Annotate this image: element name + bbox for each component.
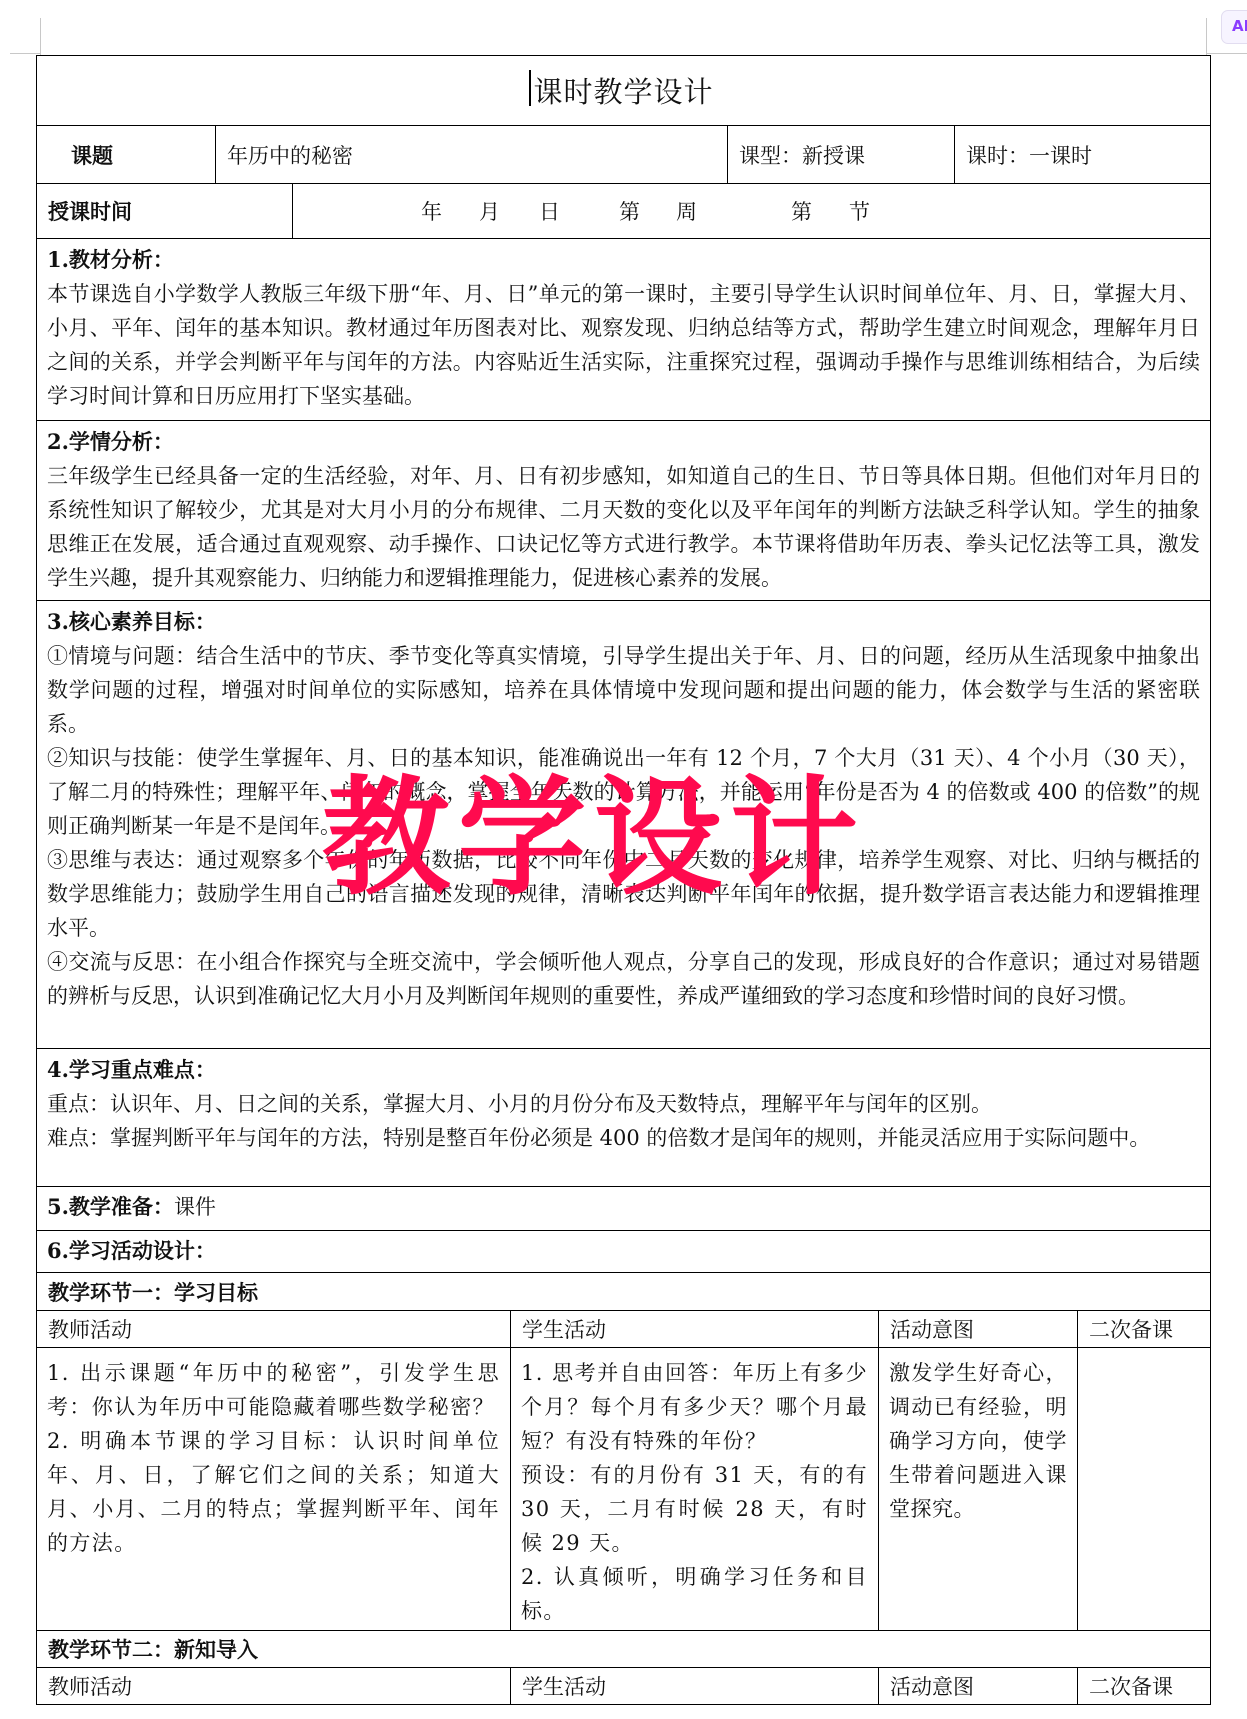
col-second-prep: 二次备课 [1078, 1668, 1210, 1704]
page-margin-guide-top-left [10, 53, 40, 54]
stage-1-student-activity[interactable]: 1. 思考并自由回答：年历上有多少个月？每个月有多少天？哪个月最短？有没有特殊的… [511, 1348, 879, 1630]
page-margin-guide-left [40, 18, 41, 55]
time-field-day: 日 [539, 196, 619, 226]
section-5-cell[interactable]: 5.教学准备：课件 [37, 1187, 1210, 1230]
time-field-month: 月 [479, 196, 539, 226]
col-activity-intent: 活动意图 [879, 1668, 1078, 1704]
stage-2-column-headers: 教师活动 学生活动 活动意图 二次备课 [37, 1668, 1210, 1704]
teacher-step-2: 2. 明确本节课的学习目标：认识时间单位年、月、日，了解它们之间的关系；知道大月… [47, 1424, 500, 1560]
section-3-heading: 3.核心素养目标： [47, 605, 1200, 639]
topic-value[interactable]: 年历中的秘密 [216, 126, 728, 183]
student-expectation: 预设：有的月份有 31 天，有的有 30 天，二月有时候 28 天，有时候 29… [521, 1458, 868, 1560]
ai-assistant-button[interactable]: AI [1221, 10, 1247, 44]
section-1-cell[interactable]: 1.教材分析： 本节课选自小学数学人教版三年级下册“年、月、日”单元的第一课时，… [37, 239, 1210, 420]
lesson-hours[interactable]: 课时：一课时 [955, 126, 1210, 183]
stage-1-title: 教学环节一：学习目标 [37, 1273, 1210, 1310]
section-key-difficult-points: 4.学习重点难点： 重点：认识年、月、日之间的关系，掌握大月、小月的月份分布及天… [37, 1049, 1210, 1187]
student-step-2: 2. 认真倾听，明确学习任务和目标。 [521, 1560, 868, 1628]
time-field-period-prefix: 第 [791, 196, 849, 226]
preparation-value: 课件 [174, 1195, 216, 1219]
student-step-1: 1. 思考并自由回答：年历上有多少个月？每个月有多少天？哪个月最短？有没有特殊的… [521, 1356, 868, 1458]
section-2-cell[interactable]: 2.学情分析： 三年级学生已经具备一定的生活经验，对年、月、日有初步感知，如知道… [37, 421, 1210, 600]
stage-1-content-row: 1. 出示课题“年历中的秘密”，引发学生思考：你认为年历中可能隐藏着哪些数学秘密… [37, 1348, 1210, 1631]
topic-row: 课题 年历中的秘密 课型：新授课 课时：一课时 [37, 126, 1210, 184]
col-second-prep: 二次备课 [1078, 1311, 1210, 1347]
stage-1-teacher-activity[interactable]: 1. 出示课题“年历中的秘密”，引发学生思考：你认为年历中可能隐藏着哪些数学秘密… [37, 1348, 511, 1630]
section-4-cell[interactable]: 4.学习重点难点： 重点：认识年、月、日之间的关系，掌握大月、小月的月份分布及天… [37, 1049, 1210, 1186]
teaching-time-fields[interactable]: 年 月 日 第 周 第 节 [293, 184, 1210, 238]
stage-2-title: 教学环节二：新知导入 [37, 1631, 1210, 1667]
key-point: 重点：认识年、月、日之间的关系，掌握大月、小月的月份分布及天数特点，理解平年与闰… [47, 1087, 1200, 1121]
topic-label: 课题 [37, 126, 216, 183]
time-field-year: 年 [421, 196, 479, 226]
lesson-type[interactable]: 课型：新授课 [728, 126, 955, 183]
section-5-heading: 5.教学准备： [47, 1194, 174, 1219]
col-student-activity: 学生活动 [511, 1311, 879, 1347]
ai-badge-label: AI [1232, 17, 1247, 35]
text-cursor [529, 70, 531, 106]
section-3-cell[interactable]: 3.核心素养目标： ①情境与问题：结合生活中的节庆、季节变化等真实情境，引导学生… [37, 601, 1210, 1048]
stage-1-activity-intent[interactable]: 激发学生好奇心，调动已有经验，明确学习方向，使学生带着问题进入课堂探究。 [879, 1348, 1078, 1630]
stage-1-header: 教学环节一：学习目标 [37, 1273, 1210, 1311]
goal-item-thinking: ③思维与表达：通过观察多个年份的年历数据，比较不同年份中二月天数的变化规律，培养… [47, 843, 1200, 945]
goal-item-reflection: ④交流与反思：在小组合作探究与全班交流中，学会倾听他人观点，分享自己的发现，形成… [47, 945, 1200, 1013]
goal-item-context: ①情境与问题：结合生活中的节庆、季节变化等真实情境，引导学生提出关于年、月、日的… [47, 639, 1200, 741]
title-row: 课时教学设计 [37, 56, 1210, 126]
section-preparation: 5.教学准备：课件 [37, 1187, 1210, 1231]
goal-item-knowledge: ②知识与技能：使学生掌握年、月、日的基本知识，能准确说出一年有 12 个月，7 … [47, 741, 1200, 843]
col-activity-intent: 活动意图 [879, 1311, 1078, 1347]
section-1-body: 本节课选自小学数学人教版三年级下册“年、月、日”单元的第一课时，主要引导学生认识… [47, 277, 1200, 413]
section-2-body: 三年级学生已经具备一定的生活经验，对年、月、日有初步感知，如知道自己的生日、节日… [47, 459, 1200, 595]
page-margin-guide-right [1206, 18, 1207, 55]
section-textbook-analysis: 1.教材分析： 本节课选自小学数学人教版三年级下册“年、月、日”单元的第一课时，… [37, 239, 1210, 421]
section-2-heading: 2.学情分析： [47, 425, 1200, 459]
time-field-week-prefix: 第 [619, 196, 676, 226]
section-learner-analysis: 2.学情分析： 三年级学生已经具备一定的生活经验，对年、月、日有初步感知，如知道… [37, 421, 1210, 601]
document-title[interactable]: 课时教学设计 [533, 70, 713, 111]
stage-2-header: 教学环节二：新知导入 [37, 1631, 1210, 1668]
col-teacher-activity: 教师活动 [37, 1311, 511, 1347]
page-margin-guide-top-right [1206, 53, 1247, 54]
time-field-week: 周 [676, 196, 791, 226]
section-6-cell[interactable]: 6.学习活动设计： [37, 1231, 1210, 1272]
time-field-period: 节 [849, 196, 870, 226]
teaching-time-label: 授课时间 [37, 184, 293, 238]
section-core-literacy-goals: 3.核心素养目标： ①情境与问题：结合生活中的节庆、季节变化等真实情境，引导学生… [37, 601, 1210, 1049]
difficult-point: 难点：掌握判断平年与闰年的方法，特别是整百年份必须是 400 的倍数才是闰年的规… [47, 1121, 1200, 1155]
section-6-heading: 6.学习活动设计： [47, 1238, 216, 1263]
lesson-plan-table: 课时教学设计 课题 年历中的秘密 课型：新授课 课时：一课时 授课时间 年 月 … [36, 55, 1211, 1705]
stage-1-column-headers: 教师活动 学生活动 活动意图 二次备课 [37, 1311, 1210, 1348]
stage-1-second-prep[interactable] [1078, 1348, 1210, 1630]
teacher-step-1: 1. 出示课题“年历中的秘密”，引发学生思考：你认为年历中可能隐藏着哪些数学秘密… [47, 1356, 500, 1424]
teaching-time-row: 授课时间 年 月 日 第 周 第 节 [37, 184, 1210, 239]
col-teacher-activity: 教师活动 [37, 1668, 511, 1704]
intent-text: 激发学生好奇心，调动已有经验，明确学习方向，使学生带着问题进入课堂探究。 [889, 1356, 1067, 1526]
col-student-activity: 学生活动 [511, 1668, 879, 1704]
section-1-heading: 1.教材分析： [47, 243, 1200, 277]
section-activity-design: 6.学习活动设计： [37, 1231, 1210, 1273]
section-4-heading: 4.学习重点难点： [47, 1053, 1200, 1087]
